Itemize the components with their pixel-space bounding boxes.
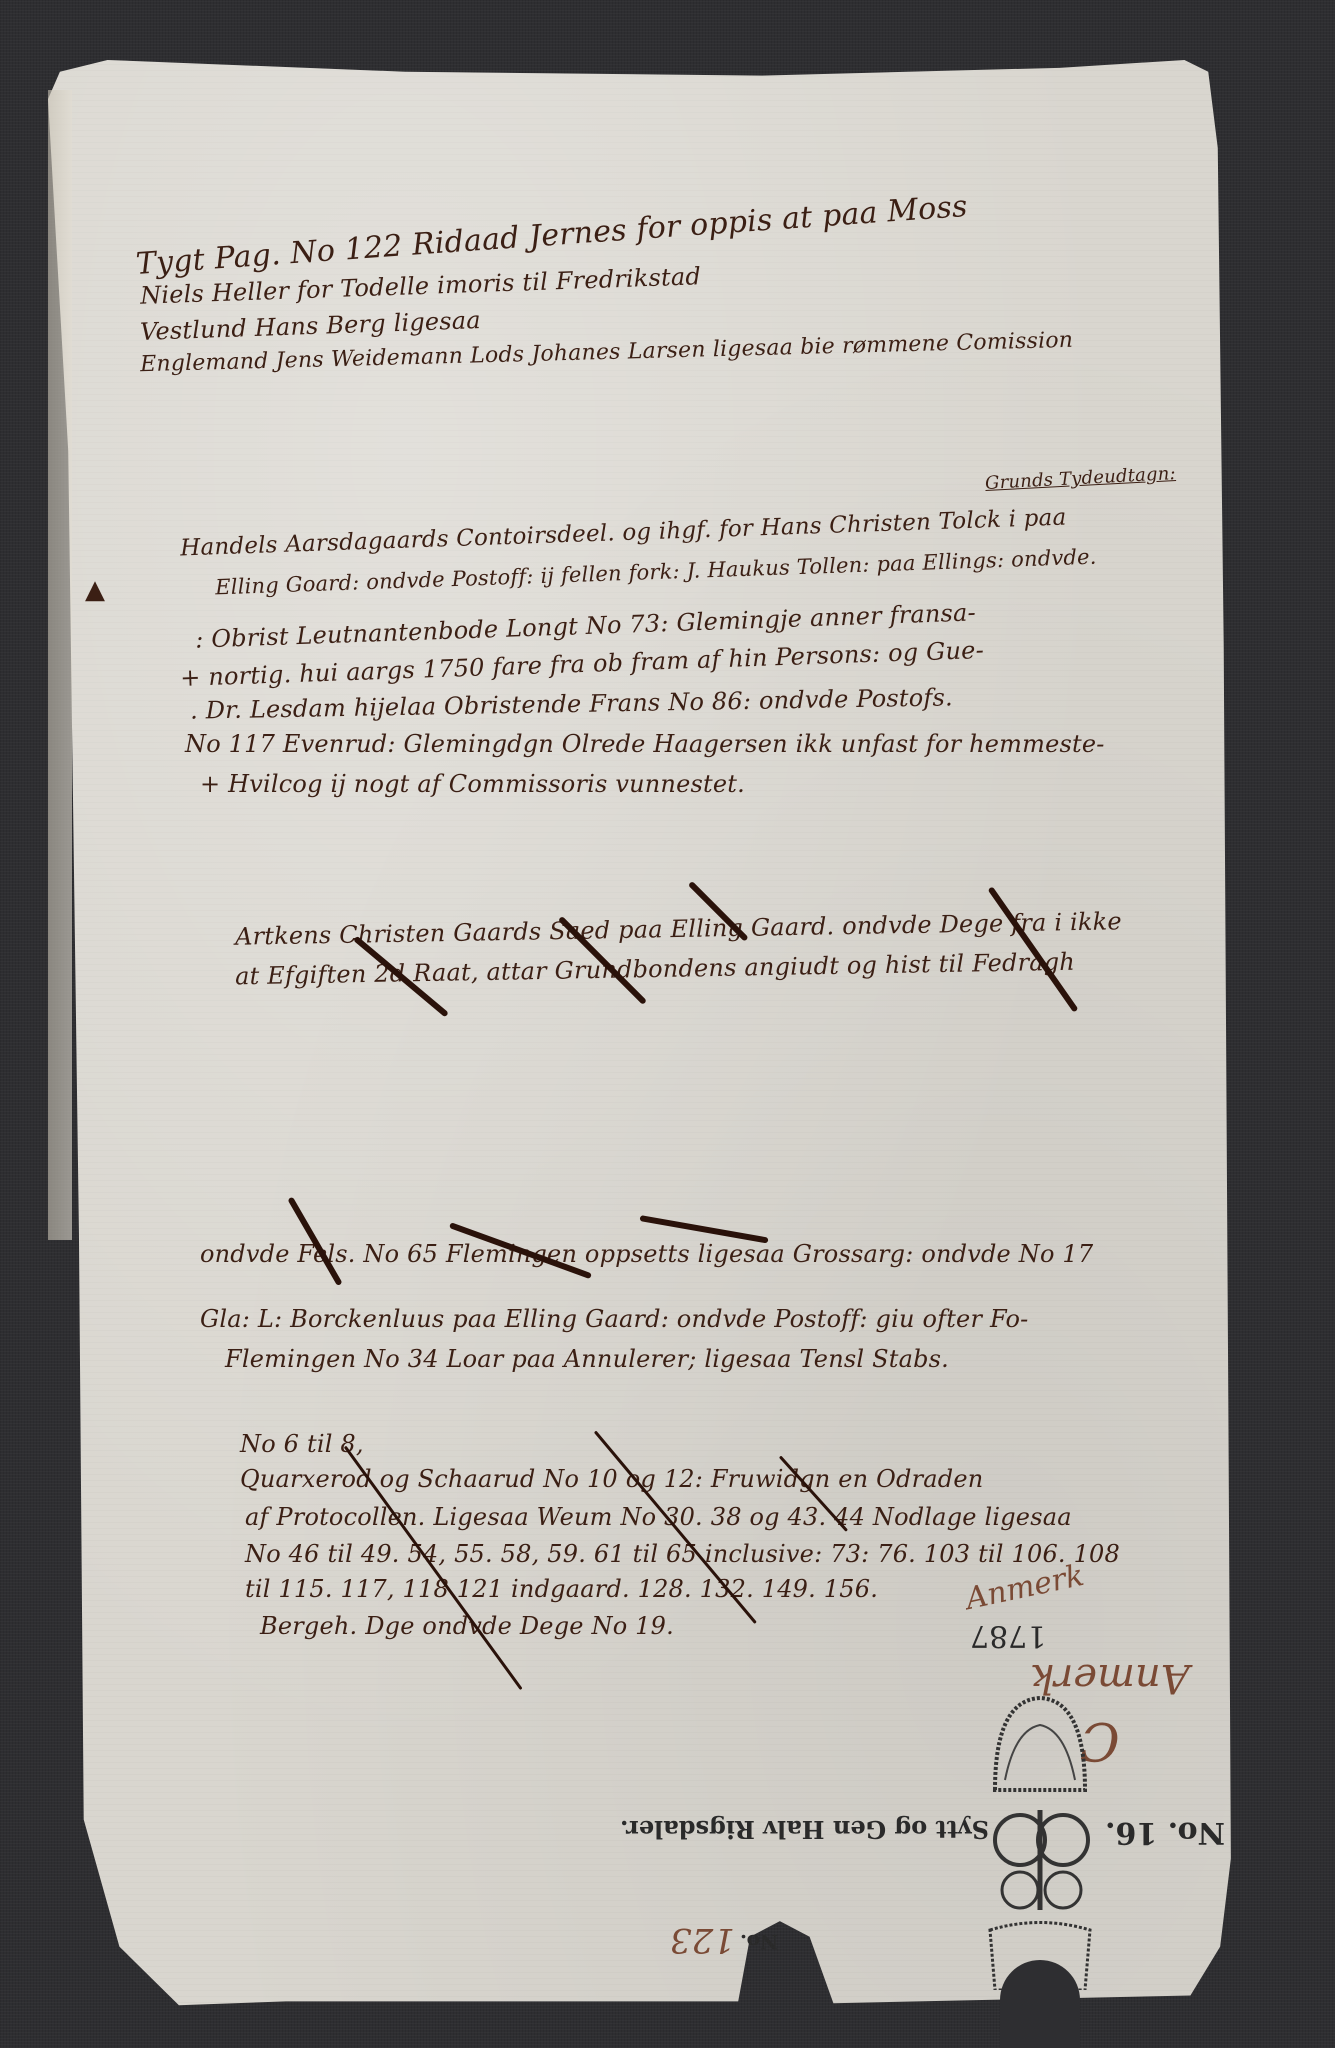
margin-arrow-mark: ▲ [85,575,105,605]
entry-line: Quarxerod og Schaarud No 10 og 12: Fruwi… [240,1465,983,1493]
entry-line: + Hvilcog ij nogt af Commissoris vunnest… [200,770,745,798]
folio-label: No. [740,1930,778,1954]
entry-line: No 117 Evenrud: Glemingdgn Olrede Haager… [185,730,1105,758]
entry-line: til 115. 117, 118 121 indgaard. 128. 132… [245,1575,878,1603]
paper-notch [1000,1960,1080,2048]
folio-number: 123 [670,1920,735,1960]
entry-line: ondvde Fels. No 65 Flemingen oppsetts li… [200,1240,1093,1268]
crown-emblem-stamp [985,1690,1095,1990]
margin-note: No 6 til 8, [240,1430,364,1458]
stamp-text: Sytt og Gen Halv Rigsdaler. [620,1815,989,1844]
entry-line: Gla: L: Borckenluus paa Elling Gaard: on… [200,1305,1028,1333]
paper-fold-edge [48,90,72,1240]
year-stamp: 1787 [970,1618,1046,1653]
entry-line: No 46 til 49. 54, 55. 58, 59. 61 til 65 … [245,1540,1120,1568]
entry-line: Flemingen No 34 Loar paa Annulerer; lige… [225,1345,949,1373]
stamp-number: No. 16. [1105,1815,1225,1850]
